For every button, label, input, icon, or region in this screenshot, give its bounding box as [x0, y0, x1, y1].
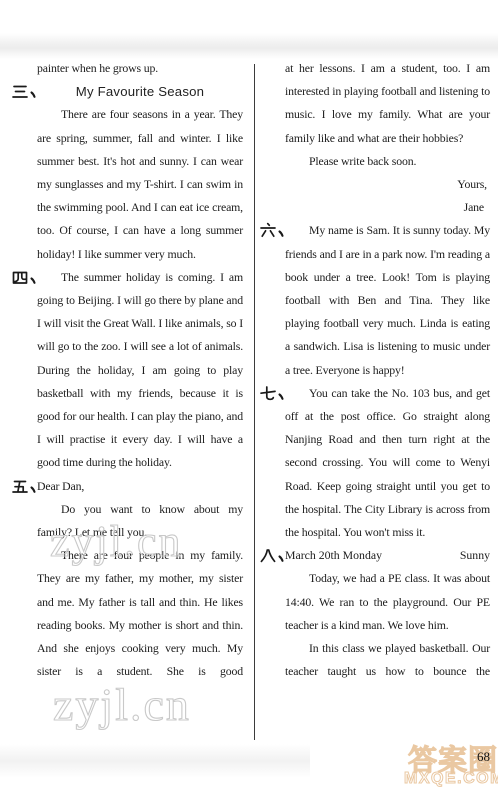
numeral-three-icon: 三、 — [10, 82, 37, 101]
numeral-six-icon: 六、 — [258, 221, 285, 240]
watermark-site-url: MXQE.COM — [404, 770, 498, 788]
page-number: 68 — [477, 749, 490, 765]
section-3-label: 三、 — [10, 101, 11, 102]
watermark-zyjl-upper: zyjl.cn — [50, 516, 183, 567]
continuation-paragraph: at her lessons. I am a student, too. I a… — [285, 57, 490, 150]
diary-weather: Sunny — [460, 544, 490, 567]
left-column: painter when he grows up. 三、 My Favourit… — [10, 57, 243, 683]
right-column: at her lessons. I am a student, too. I a… — [258, 57, 490, 683]
section-3: 三、 My Favourite Season There are four se… — [37, 80, 243, 266]
continuation-paragraph: painter when he grows up. — [37, 57, 243, 80]
letter-salutation: Dear Dan, — [37, 475, 243, 498]
answer-page: painter when he grows up. 三、 My Favourit… — [0, 0, 498, 800]
diary-paragraph: Today, we had a PE class. It was about 1… — [285, 567, 490, 637]
section-6: 六、 My name is Sam. It is sunny today. My… — [285, 219, 490, 381]
essay-paragraph: You can take the No. 103 bus, and get of… — [285, 382, 490, 544]
numeral-four-icon: 四、 — [10, 268, 37, 287]
section-5-label: 五、 — [10, 496, 11, 497]
essay-paragraph: The summer holiday is coming. I am going… — [37, 266, 243, 475]
section-8: 八、 March 20th Monday Sunny Today, we had… — [285, 544, 490, 683]
signature-name: Jane — [285, 196, 490, 219]
numeral-eight-icon: 八、 — [258, 546, 285, 565]
essay-paragraph: There are four seasons in a year. They a… — [37, 103, 243, 265]
section-6-label: 六、 — [258, 240, 259, 241]
watermark-zyjl-lower: zyjl.cn — [53, 678, 191, 731]
section-4-label: 四、 — [10, 287, 11, 288]
section-4: 四、 The summer holiday is coming. I am go… — [37, 266, 243, 475]
scan-artifact-bottom — [0, 744, 310, 778]
section-8-label: 八、 — [258, 565, 259, 566]
letter-closing: Yours, — [285, 173, 490, 196]
essay-paragraph: My name is Sam. It is sunny today. My fr… — [285, 219, 490, 381]
essay-title: My Favourite Season — [37, 80, 243, 103]
diary-date: March 20th Monday — [285, 544, 382, 567]
numeral-seven-icon: 七、 — [258, 384, 285, 403]
section-7: 七、 You can take the No. 103 bus, and get… — [285, 382, 490, 544]
diary-paragraph: In this class we played basketball. Our … — [285, 637, 490, 683]
section-7-label: 七、 — [258, 403, 259, 404]
numeral-five-icon: 五、 — [10, 477, 37, 496]
section-5: 五、 Dear Dan, Do you want to know about m… — [37, 475, 243, 684]
letter-paragraph: Please write back soon. — [285, 150, 490, 173]
diary-header: March 20th Monday Sunny — [285, 544, 490, 567]
column-divider — [254, 64, 255, 740]
scan-artifact-top — [0, 33, 498, 59]
